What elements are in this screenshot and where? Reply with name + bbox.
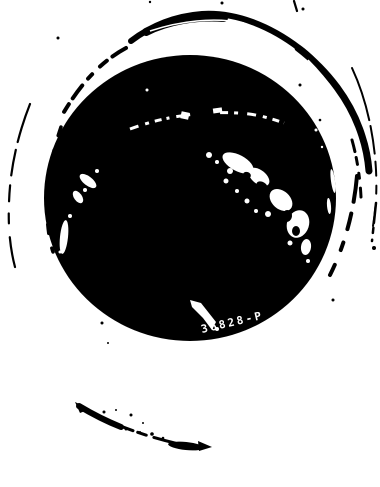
- dish-interior-disc: [44, 55, 336, 341]
- photo-canvas: 36828-P: [0, 0, 380, 487]
- specimen-photograph: 36828-P: [0, 0, 380, 487]
